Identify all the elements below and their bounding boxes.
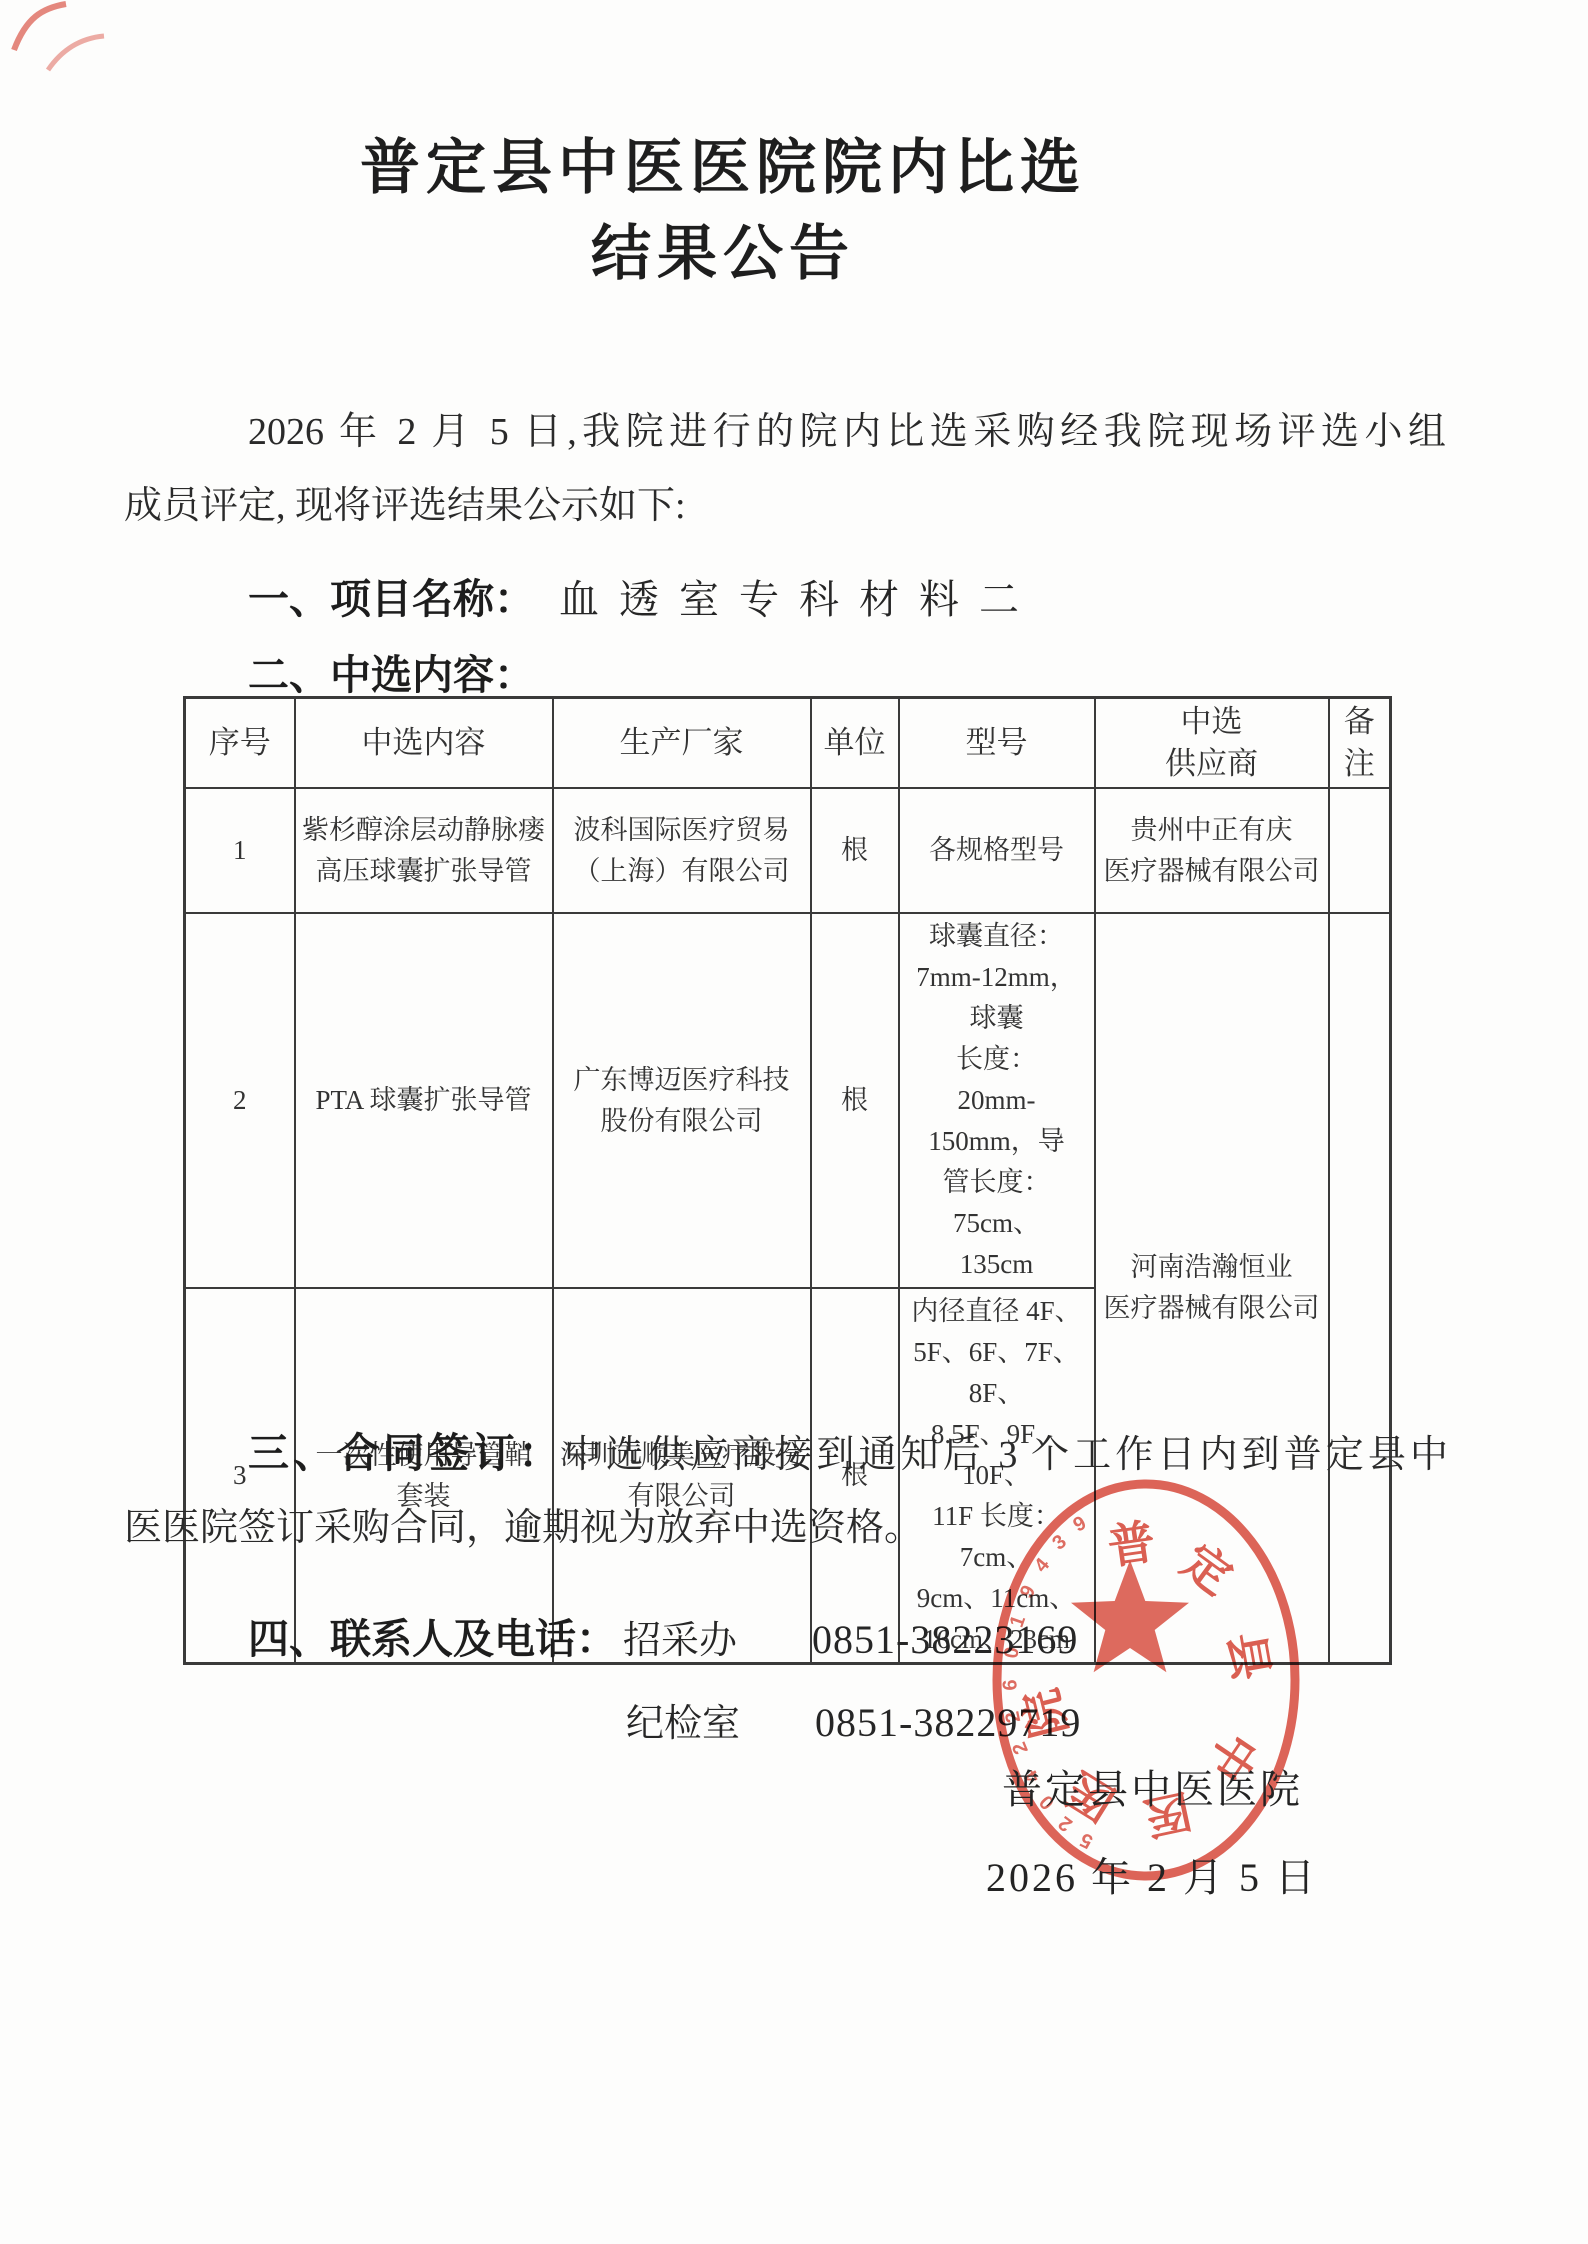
document-title-line2: 结果公告 [0,206,1446,292]
section-contacts: 四、联系人及电话：招采办0851-38223169 [248,1606,1078,1665]
document-page: 普定县中医医院院内比选 结果公告 2026 年 2 月 5 日,我院进行的院内比… [0,0,1588,2244]
red-pen-marks [8,0,118,84]
signature-date: 2026 年 2 月 5 日 [986,1846,1318,1903]
cell-manufacturer: 波科国际医疗贸易 （上海）有限公司 [553,788,811,913]
cell-content: PTA 球囊扩张导管 [295,913,553,1288]
cell-index: 2 [185,913,295,1288]
table-row: 2 PTA 球囊扩张导管 广东博迈医疗科技 股份有限公司 根 球囊直径： 7mm… [185,913,1391,1288]
header-remark: 备 注 [1329,698,1391,789]
seal-number-digit: 1 [1006,1612,1030,1630]
header-content: 中选内容 [295,698,553,789]
cell-unit: 根 [811,913,899,1288]
seal-number-digit: 9 [1070,1512,1090,1537]
section-project-name: 一、项目名称：血透室专科材料二 [248,566,1039,625]
header-unit: 单位 [811,698,899,789]
seal-star-icon [1071,1560,1189,1672]
seal-number-digit: 4 [1030,1553,1055,1576]
official-seal: 普定县中医医院5204226019439 [962,1468,1330,1892]
header-model: 型号 [899,698,1095,789]
project-name-value: 血透室专科材料二 [559,577,1039,622]
section-selected-content: 二、中选内容： [248,642,535,701]
section2-label: 二、中选内容： [248,652,535,698]
table-row: 1 紫杉醇涂层动静脉瘘 高压球囊扩张导管 波科国际医疗贸易 （上海）有限公司 根… [185,788,1391,913]
signature-org: 普定县中医医院 [1002,1758,1303,1815]
cell-unit: 根 [811,788,899,913]
seal-ring-char: 定 [1173,1534,1242,1605]
contact2-name: 纪检室 [626,1703,740,1745]
section3-label: 三、合同签订： [248,1430,564,1476]
seal-ring-char: 县 [1219,1628,1279,1683]
seal-number-digit: 2 [1008,1739,1033,1758]
section3-line2: 医医院签订采购合同，逾期视为放弃中选资格。 [124,1496,922,1551]
header-index: 序号 [185,698,295,789]
header-supplier: 中选 供应商 [1095,698,1329,789]
cell-manufacturer: 广东博迈医疗科技 股份有限公司 [553,913,811,1288]
intro-line2: 成员评定, 现将评选结果公示如下: [124,474,686,529]
intro-line1: 2026 年 2 月 5 日,我院进行的院内比选采购经我院现场评选小组 [248,400,1446,455]
header-manufacturer: 生产厂家 [553,698,811,789]
cell-supplier: 贵州中正有庆 医疗器械有限公司 [1095,788,1329,913]
document-title-line1: 普定县中医医院院内比选 [0,120,1446,206]
table-header-row: 序号 中选内容 生产厂家 单位 型号 中选 供应商 备 注 [185,698,1391,789]
section1-label: 一、项目名称： [248,576,535,622]
seal-number-digit: 6 [999,1679,1021,1691]
cell-model: 各规格型号 [899,788,1095,913]
cell-remark [1329,788,1391,913]
cell-content: 紫杉醇涂层动静脉瘘 高压球囊扩张导管 [295,788,553,913]
seal-ring-char: 普 [1105,1515,1159,1574]
seal-number-digit: 0 [1000,1646,1023,1660]
contact1-name: 招采办 [623,1620,737,1662]
section4-label: 四、联系人及电话： [248,1616,617,1662]
cell-remark-merged [1329,913,1391,1664]
cell-index: 1 [185,788,295,913]
seal-number-digit: 9 [1016,1582,1041,1603]
seal-number-digit: 3 [1048,1531,1071,1555]
cell-model: 球囊直径： 7mm-12mm，球囊 长度： 20mm-150mm，导 管长度：7… [899,913,1095,1288]
